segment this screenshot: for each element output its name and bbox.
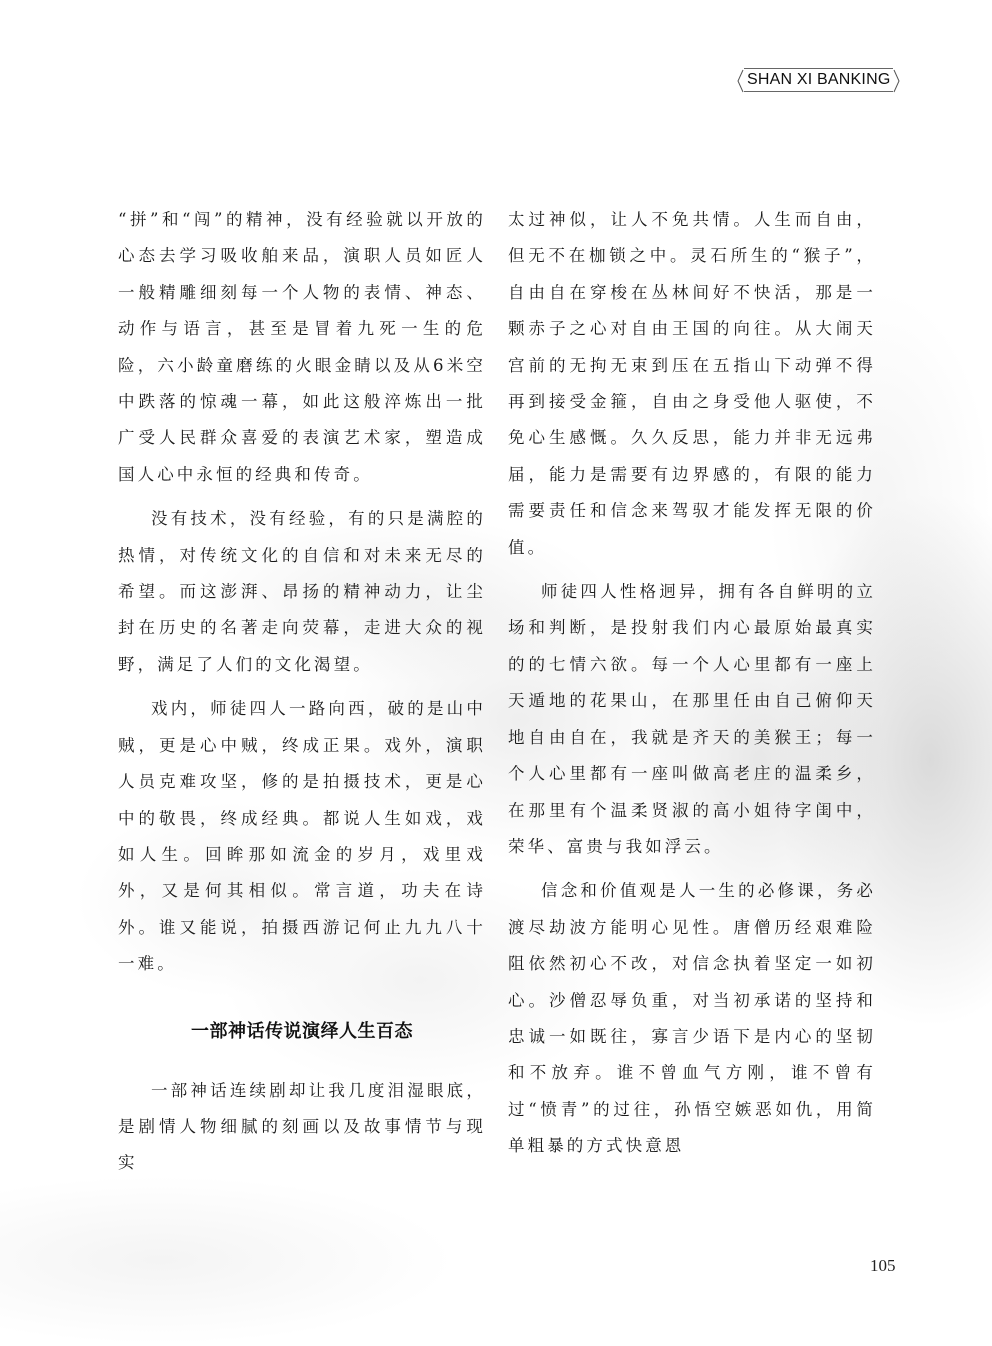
body-paragraph: 戏内，师徒四人一路向西，破的是山中贼，更是心中贼，终成正果。戏外，演职人员克难攻… <box>118 691 486 982</box>
body-paragraph: 一部神话连续剧却让我几度泪湿眼底，是剧情人物细腻的刻画以及故事情节与现实 <box>118 1073 486 1182</box>
body-paragraph: 太过神似，让人不免共情。人生而自由，但无不在枷锁之中。灵石所生的“猴子”，自由自… <box>508 202 876 566</box>
left-text-column: “拼”和“闯”的精神，没有经验就以开放的心态去学习吸收舶来品，演职人员如匠人一般… <box>118 202 486 1182</box>
right-text-column: 太过神似，让人不免共情。人生而自由，但无不在枷锁之中。灵石所生的“猴子”，自由自… <box>508 202 876 1165</box>
magazine-section-tag: SHAN XI BANKING <box>736 68 901 92</box>
body-paragraph: “拼”和“闯”的精神，没有经验就以开放的心态去学习吸收舶来品，演职人员如匠人一般… <box>118 202 486 493</box>
left-chevron-bracket-icon <box>736 69 744 91</box>
page-number: 105 <box>870 1256 896 1276</box>
body-paragraph: 信念和价值观是人一生的必修课，务必渡尽劫波方能明心见性。唐僧历经艰难险阻依然初心… <box>508 873 876 1164</box>
body-paragraph: 没有技术，没有经验，有的只是满腔的热情，对传统文化的自信和对未来无尽的希望。而这… <box>118 501 486 683</box>
magazine-section-label: SHAN XI BANKING <box>744 68 893 92</box>
body-paragraph: 师徒四人性格迥异，拥有各自鲜明的立场和判断，是投射我们内心最原始最真实的的七情六… <box>508 574 876 865</box>
right-chevron-bracket-icon <box>893 69 901 91</box>
section-heading: 一部神话传说演绎人生百态 <box>118 1017 486 1047</box>
